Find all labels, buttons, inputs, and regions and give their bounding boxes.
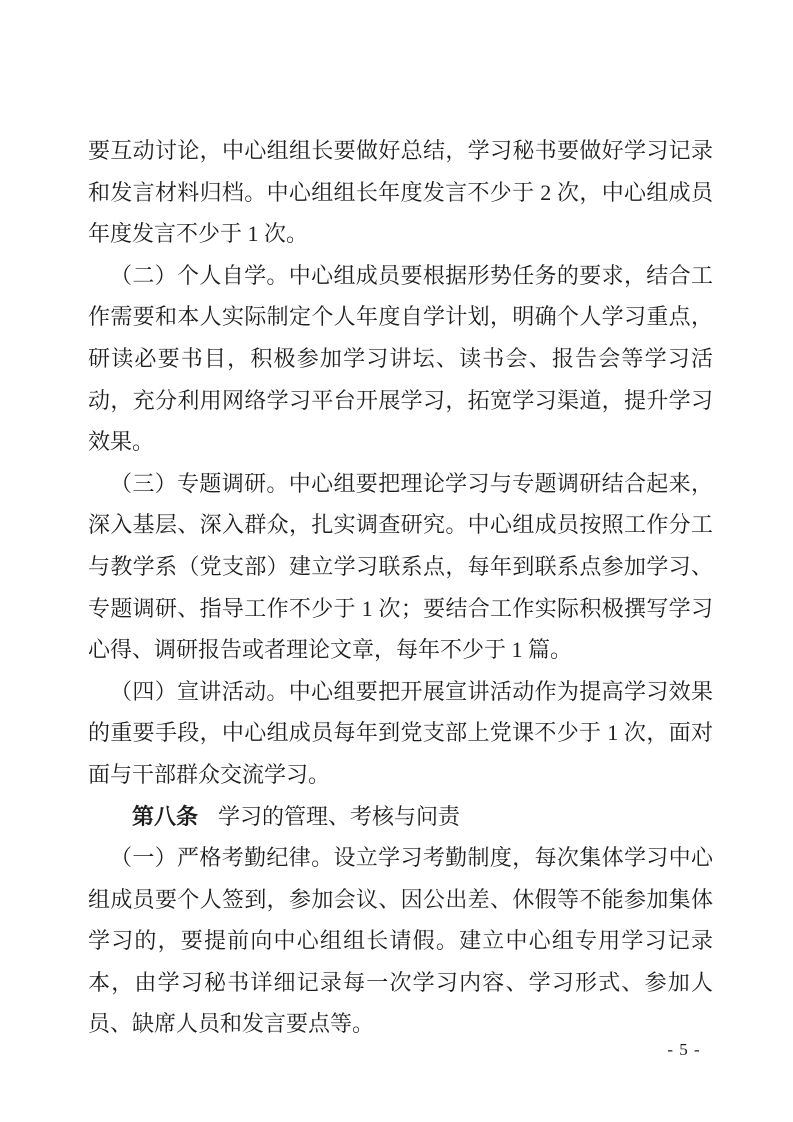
article-title-label: 学习的管理、考核与问责 [218, 804, 460, 829]
paragraph-item-1-attendance: （一）严格考勤纪律。设立学习考勤制度，每次集体学习中心组成员要个人签到，参加会议… [88, 837, 713, 1045]
page-number: - 5 - [648, 1040, 720, 1060]
paragraph-item-2-self-study: （二）个人自学。中心组成员要根据形势任务的要求，结合工作需要和本人实际制定个人年… [88, 255, 713, 463]
paragraph-item-4-lecturing: （四）宣讲活动。中心组要把开展宣讲活动作为提高学习效果的重要手段，中心组成员每年… [88, 671, 713, 796]
article-heading: 第八条学习的管理、考核与问责 [88, 796, 713, 838]
paragraph-item-3-research: （三）专题调研。中心组要把理论学习与专题调研结合起来，深入基层、深入群众，扎实调… [88, 463, 713, 671]
article-number-label: 第八条 [132, 804, 198, 829]
document-content: 要互动讨论，中心组组长要做好总结，学习秘书要做好学习记录和发言材料归档。中心组组… [88, 130, 713, 1045]
paragraph-continued: 要互动讨论，中心组组长要做好总结，学习秘书要做好学习记录和发言材料归档。中心组组… [88, 130, 713, 255]
document-page: 要互动讨论，中心组组长要做好总结，学习秘书要做好学习记录和发言材料归档。中心组组… [0, 0, 793, 1122]
